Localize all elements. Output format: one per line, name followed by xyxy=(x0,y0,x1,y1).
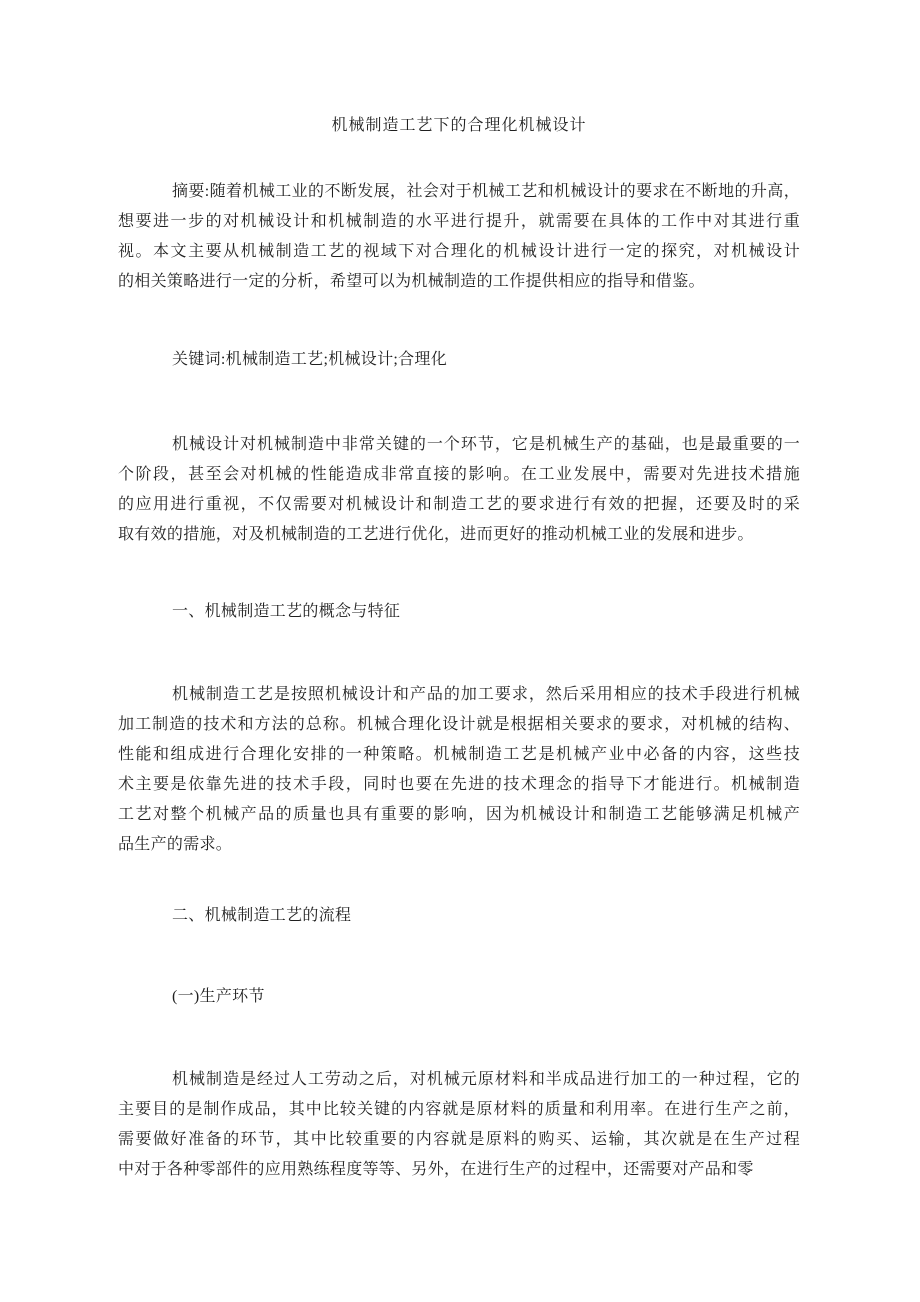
keywords-line: 关键词:机械制造工艺;机械设计;合理化 xyxy=(118,345,800,375)
introduction-line: 取有效的措施，对及机械制造的工艺进行优化，进而更好的推动机械工业的发展和进步。 xyxy=(118,520,800,550)
document-title: 机械制造工艺下的合理化机械设计 xyxy=(118,111,800,141)
section-heading-2: 二、机械制造工艺的流程 xyxy=(118,901,800,931)
introduction-line: 机械设计对机械制造中非常关键的一个环节，它是机械生产的基础，也是最重要的一 xyxy=(118,430,800,460)
section1-line: 品生产的需求。 xyxy=(118,830,800,860)
section1-line: 加工制造的技术和方法的总称。机械合理化设计就是根据相关要求的要求，对机械的结构、 xyxy=(118,710,800,740)
abstract-line: 摘要:随着机械工业的不断发展，社会对于机械工艺和机械设计的要求在不断地的升高， xyxy=(118,177,800,207)
keywords-paragraph: 关键词:机械制造工艺;机械设计;合理化 xyxy=(118,345,800,375)
document-content: 机械制造工艺下的合理化机械设计 摘要:随着机械工业的不断发展，社会对于机械工艺和… xyxy=(118,111,800,1185)
section-heading-1: 一、机械制造工艺的概念与特征 xyxy=(118,597,800,627)
abstract-paragraph: 摘要:随着机械工业的不断发展，社会对于机械工艺和机械设计的要求在不断地的升高， … xyxy=(118,177,800,297)
section2-line: 中对于各种零部件的应用熟练程度等等、另外，在进行生产的过程中，还需要对产品和零 xyxy=(118,1155,800,1185)
introduction-line: 个阶段，甚至会对机械的性能造成非常直接的影响。在工业发展中，需要对先进技术措施 xyxy=(118,460,800,490)
introduction-line: 的应用进行重视，不仅需要对机械设计和制造工艺的要求进行有效的把握，还要及时的采 xyxy=(118,490,800,520)
section1-paragraph: 机械制造工艺是按照机械设计和产品的加工要求，然后采用相应的技术手段进行机械 加工… xyxy=(118,680,800,860)
document-page: 机械制造工艺下的合理化机械设计 摘要:随着机械工业的不断发展，社会对于机械工艺和… xyxy=(0,0,920,1302)
sub-section-heading: (一)生产环节 xyxy=(118,982,800,1012)
abstract-line: 想要进一步的对机械设计和机械制造的水平进行提升，就需要在具体的工作中对其进行重 xyxy=(118,207,800,237)
abstract-line: 的相关策略进行一定的分析，希望可以为机械制造的工作提供相应的指导和借鉴。 xyxy=(118,267,800,297)
section1-line: 术主要是依靠先进的技术手段，同时也要在先进的技术理念的指导下才能进行。机械制造 xyxy=(118,770,800,800)
section1-line: 工艺对整个机械产品的质量也具有重要的影响，因为机械设计和制造工艺能够满足机械产 xyxy=(118,800,800,830)
section1-line: 机械制造工艺是按照机械设计和产品的加工要求，然后采用相应的技术手段进行机械 xyxy=(118,680,800,710)
section1-line: 性能和组成进行合理化安排的一种策略。机械制造工艺是机械产业中必备的内容，这些技 xyxy=(118,740,800,770)
abstract-line: 视。本文主要从机械制造工艺的视域下对合理化的机械设计进行一定的探究，对机械设计 xyxy=(118,237,800,267)
section2-line: 机械制造是经过人工劳动之后，对机械元原材料和半成品进行加工的一种过程，它的 xyxy=(118,1065,800,1095)
section2-paragraph: 机械制造是经过人工劳动之后，对机械元原材料和半成品进行加工的一种过程，它的 主要… xyxy=(118,1065,800,1185)
section2-line: 主要目的是制作成品，其中比较关键的内容就是原材料的质量和利用率。在进行生产之前， xyxy=(118,1095,800,1125)
section2-line: 需要做好准备的环节，其中比较重要的内容就是原料的购买、运输，其次就是在生产过程 xyxy=(118,1125,800,1155)
introduction-paragraph: 机械设计对机械制造中非常关键的一个环节，它是机械生产的基础，也是最重要的一 个阶… xyxy=(118,430,800,550)
